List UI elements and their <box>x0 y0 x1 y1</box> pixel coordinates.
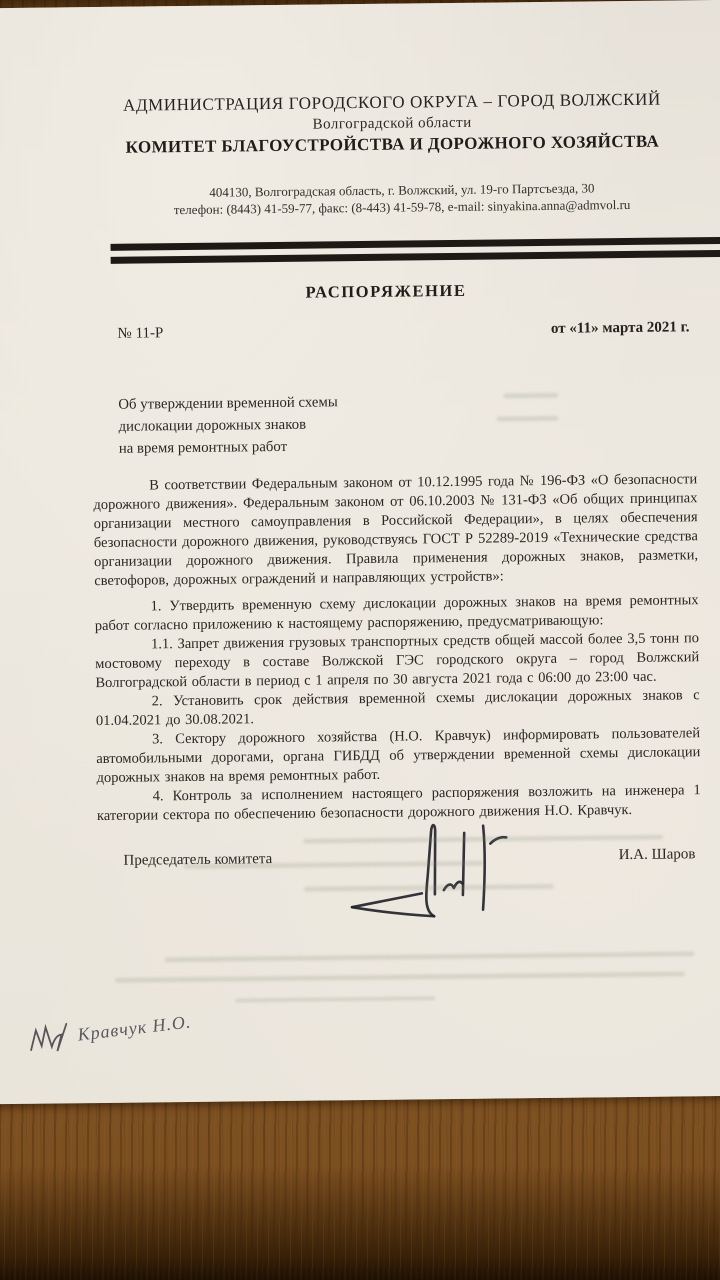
handwritten-name: Кравчук Н.О. <box>76 1011 192 1045</box>
document-paper: АДМИНИСТРАЦИЯ ГОРОДСКОГО ОКРУГА – ГОРОД … <box>0 0 720 1105</box>
bleed-through-text <box>503 393 558 399</box>
order-item-3: 3. Сектору дорожного хозяйства (Н.О. Кра… <box>96 724 701 788</box>
handwritten-signature-squiggle <box>26 1019 75 1056</box>
bleed-through-text <box>115 971 685 982</box>
subject-block: Об утверждении временной схемы дислокаци… <box>118 387 691 459</box>
letterhead-divider <box>110 237 720 264</box>
number-date-row: № 11-Р от «11» марта 2021 г. <box>117 319 689 342</box>
order-item-1-1: 1.1. Запрет движения грузовых транспортн… <box>95 629 700 693</box>
document-type-title: РАСПОРЯЖЕНИЕ <box>83 278 689 305</box>
letterhead: АДМИНИСТРАЦИЯ ГОРОДСКОГО ОКРУГА – ГОРОД … <box>115 88 688 218</box>
document-number: № 11-Р <box>117 325 163 343</box>
handwritten-acknowledgment: Кравчук Н.О. <box>26 1006 193 1057</box>
bleed-through-text <box>496 416 558 422</box>
document-body: В соответствии Федеральным законом от 10… <box>93 470 701 826</box>
bleed-through-text <box>165 951 695 962</box>
photo-of-document-on-desk: { "doc": { "org_line1": "АДМИНИСТРАЦИЯ Г… <box>0 0 720 1280</box>
divider-bar-bottom <box>111 250 720 264</box>
divider-bar-top <box>110 237 720 251</box>
chairman-signature <box>333 796 545 948</box>
bleed-through-text <box>235 996 435 1002</box>
signatory-name: И.А. Шаров <box>619 846 696 864</box>
document-date: от «11» марта 2021 г. <box>551 319 690 338</box>
preamble-paragraph: В соответствии Федеральным законом от 10… <box>93 470 698 591</box>
org-address-block: 404130, Волгоградская область, г. Волжск… <box>116 178 688 218</box>
